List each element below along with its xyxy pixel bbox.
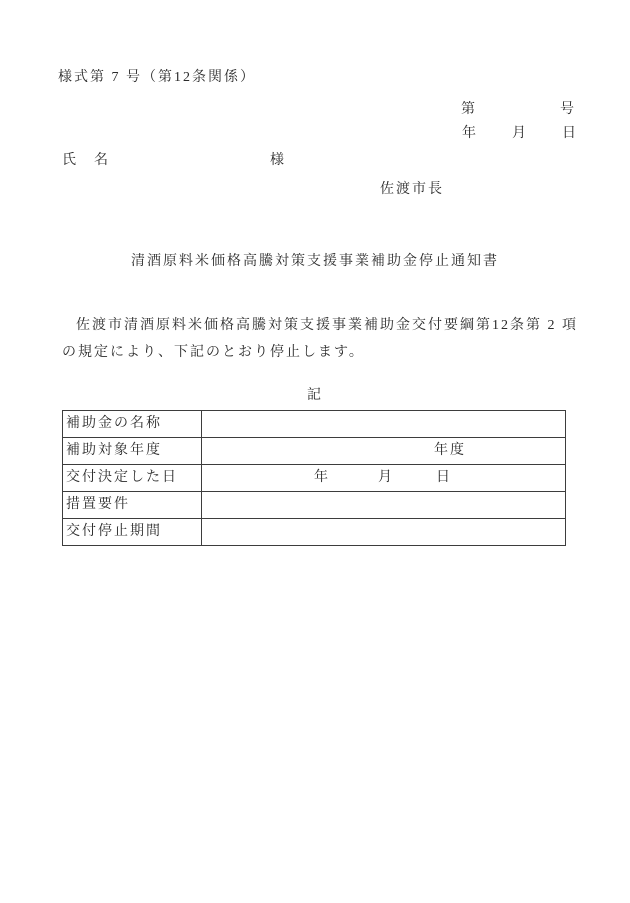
- body-line-2: の規定により、下記のとおり停止します。: [62, 339, 582, 366]
- row-label-measure-requirements: 措置要件: [63, 492, 202, 519]
- row-label-grant-decision-date: 交付決定した日: [63, 465, 202, 492]
- table-row-target-fiscal-year: 補助対象年度 年度: [63, 438, 566, 465]
- row-value-measure-requirements: [202, 492, 566, 519]
- doc-number-suffix: 号: [560, 103, 576, 117]
- row-value-grant-decision-date: 年 月 日: [202, 465, 566, 492]
- row-label-target-fiscal-year: 補助対象年度: [63, 438, 202, 465]
- addressee-honorific: 様: [270, 154, 286, 168]
- form-number: 様式第 7 号（第12条関係）: [58, 71, 256, 85]
- date-year-label: 年: [462, 127, 478, 141]
- table-row-grant-decision-date: 交付決定した日 年 月 日: [63, 465, 566, 492]
- document-title: 清酒原料米価格高騰対策支援事業補助金停止通知書: [0, 255, 630, 269]
- fiscal-year-unit-label: 年度: [434, 444, 466, 458]
- row-label-suspension-period: 交付停止期間: [63, 519, 202, 546]
- row-value-subsidy-name: [202, 411, 566, 438]
- document-page: 様式第 7 号（第12条関係） 第 号 年 月 日 氏 名 様 佐渡市長 清酒原…: [0, 0, 630, 903]
- record-marker: 記: [0, 389, 630, 403]
- addressee-name-label: 氏 名: [62, 154, 110, 168]
- sender-title: 佐渡市長: [380, 183, 444, 197]
- row-value-target-fiscal-year: 年度: [202, 438, 566, 465]
- table-row-suspension-period: 交付停止期間: [63, 519, 566, 546]
- decision-day-label: 日: [436, 471, 452, 485]
- body-paragraph: 佐渡市清酒原料米価格高騰対策支援事業補助金交付要綱第12条第 2 項 の規定によ…: [62, 312, 582, 366]
- table-row-subsidy-name: 補助金の名称: [63, 411, 566, 438]
- doc-number-prefix: 第: [461, 103, 477, 117]
- row-value-suspension-period: [202, 519, 566, 546]
- row-label-subsidy-name: 補助金の名称: [63, 411, 202, 438]
- decision-month-label: 月: [378, 471, 394, 485]
- body-line-1: 佐渡市清酒原料米価格高騰対策支援事業補助金交付要綱第12条第 2 項: [62, 312, 582, 339]
- decision-year-label: 年: [314, 471, 330, 485]
- date-day-label: 日: [562, 127, 578, 141]
- table-row-measure-requirements: 措置要件: [63, 492, 566, 519]
- date-month-label: 月: [512, 127, 528, 141]
- notice-table: 補助金の名称 補助対象年度 年度 交付決定した日 年 月 日 措置要件: [62, 410, 566, 546]
